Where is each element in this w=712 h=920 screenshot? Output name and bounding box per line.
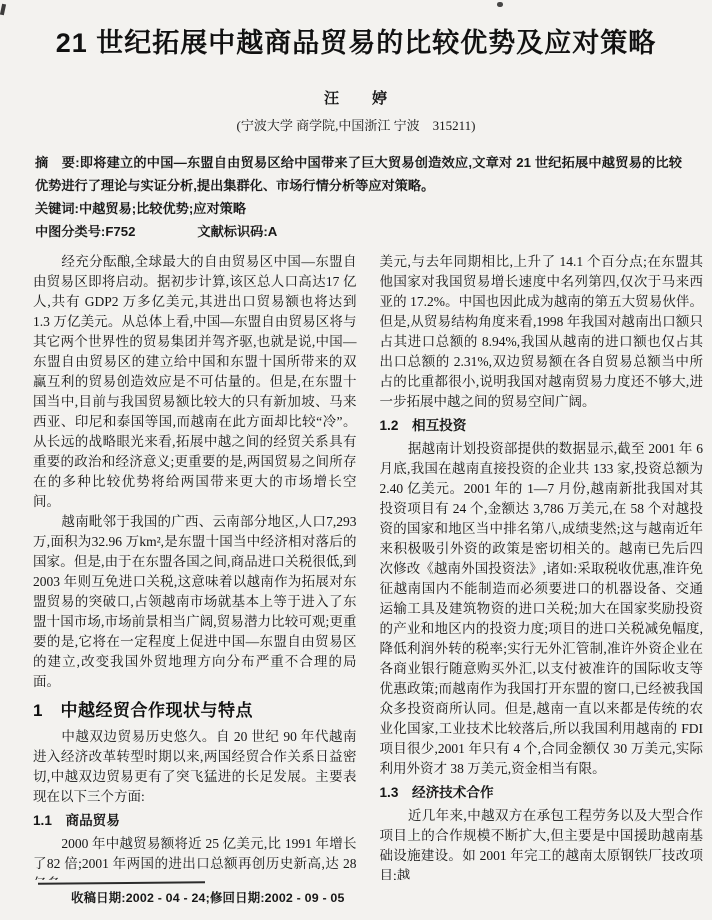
clc-value: F752	[105, 224, 135, 239]
subsection-heading-1-3: 1.3 经济技术合作	[380, 783, 704, 803]
classification-row: 中图分类号:F752 文献标识码:A	[35, 220, 682, 243]
journal-page: 21 世纪拓展中越商品贸易的比较优势及应对策略 汪 婷 (宁波大学 商学院,中国…	[0, 0, 712, 920]
paragraph-intro-2: 越南毗邻于我国的广西、云南部分地区,人口7,293万,面积为32.96 万km²…	[33, 512, 357, 692]
subsection-heading-1-1: 1.1 商品贸易	[33, 811, 357, 831]
column-left: 经充分酝酿,全球最大的自由贸易区中国—东盟自由贸易区即将启动。据初步计算,该区总…	[33, 252, 357, 880]
column-right: 美元,与去年同期相比,上升了 14.1 个百分点;在东盟其他国家对我国贸易增长速…	[380, 252, 704, 880]
clc-pair: 中图分类号:F752	[35, 220, 135, 243]
received-dates: 收稿日期:2002 - 04 - 24;修回日期:2002 - 09 - 05	[71, 888, 345, 906]
footnote-divider	[38, 881, 205, 884]
keywords-text: 中越贸易;比较优势;应对策略	[79, 201, 246, 216]
clc-label: 中图分类号:	[35, 224, 105, 239]
doc-code-label: 文献标识码:	[197, 224, 267, 239]
scan-artifact	[497, 2, 503, 7]
page-title: 21 世纪拓展中越商品贸易的比较优势及应对策略	[0, 0, 712, 60]
keywords-row: 关键词:中越贸易;比较优势;应对策略	[35, 197, 682, 220]
doc-code-value: A	[268, 224, 278, 239]
paragraph-goods-trade-cont: 美元,与去年同期相比,上升了 14.1 个百分点;在东盟其他国家对我国贸易增长速…	[380, 252, 704, 412]
affiliation: (宁波大学 商学院,中国浙江 宁波 315211)	[0, 115, 712, 134]
paragraph-mutual-investment: 据越南计划投资部提供的数据显示,截至 2001 年 6 月底,我国在越南直接投资…	[380, 439, 704, 779]
section-heading-1: 1 中越经贸合作现状与特点	[33, 701, 357, 721]
paragraph-section1: 中越双边贸易历史悠久。自 20 世纪 90 年代越南进入经济改革转型时期以来,两…	[33, 727, 357, 807]
paragraph-economic-cooperation: 近几年来,中越双方在承包工程劳务以及大型合作项目上的合作规模不断扩大,但主要是中…	[380, 806, 704, 880]
paragraph-goods-trade: 2000 年中越贸易额将近 25 亿美元,比 1991 年增长了82 倍;200…	[33, 834, 357, 880]
abstract-label: 摘 要:	[35, 155, 80, 170]
doc-code-pair: 文献标识码:A	[197, 220, 277, 243]
abstract-text: 即将建立的中国—东盟自由贸易区给中国带来了巨大贸易创造效应,文章对 21 世纪拓…	[35, 155, 682, 193]
abstract-block: 摘 要:即将建立的中国—东盟自由贸易区给中国带来了巨大贸易创造效应,文章对 21…	[35, 151, 682, 243]
keywords-label: 关键词:	[35, 201, 79, 216]
paragraph-intro-1: 经充分酝酿,全球最大的自由贸易区中国—东盟自由贸易区即将启动。据初步计算,该区总…	[33, 252, 357, 512]
two-column-body: 经充分酝酿,全球最大的自由贸易区中国—东盟自由贸易区即将启动。据初步计算,该区总…	[0, 252, 712, 880]
spacer	[135, 220, 197, 243]
subsection-heading-1-2: 1.2 相互投资	[380, 416, 704, 436]
abstract-row: 摘 要:即将建立的中国—东盟自由贸易区给中国带来了巨大贸易创造效应,文章对 21…	[35, 151, 682, 197]
author-name: 汪 婷	[0, 87, 712, 108]
